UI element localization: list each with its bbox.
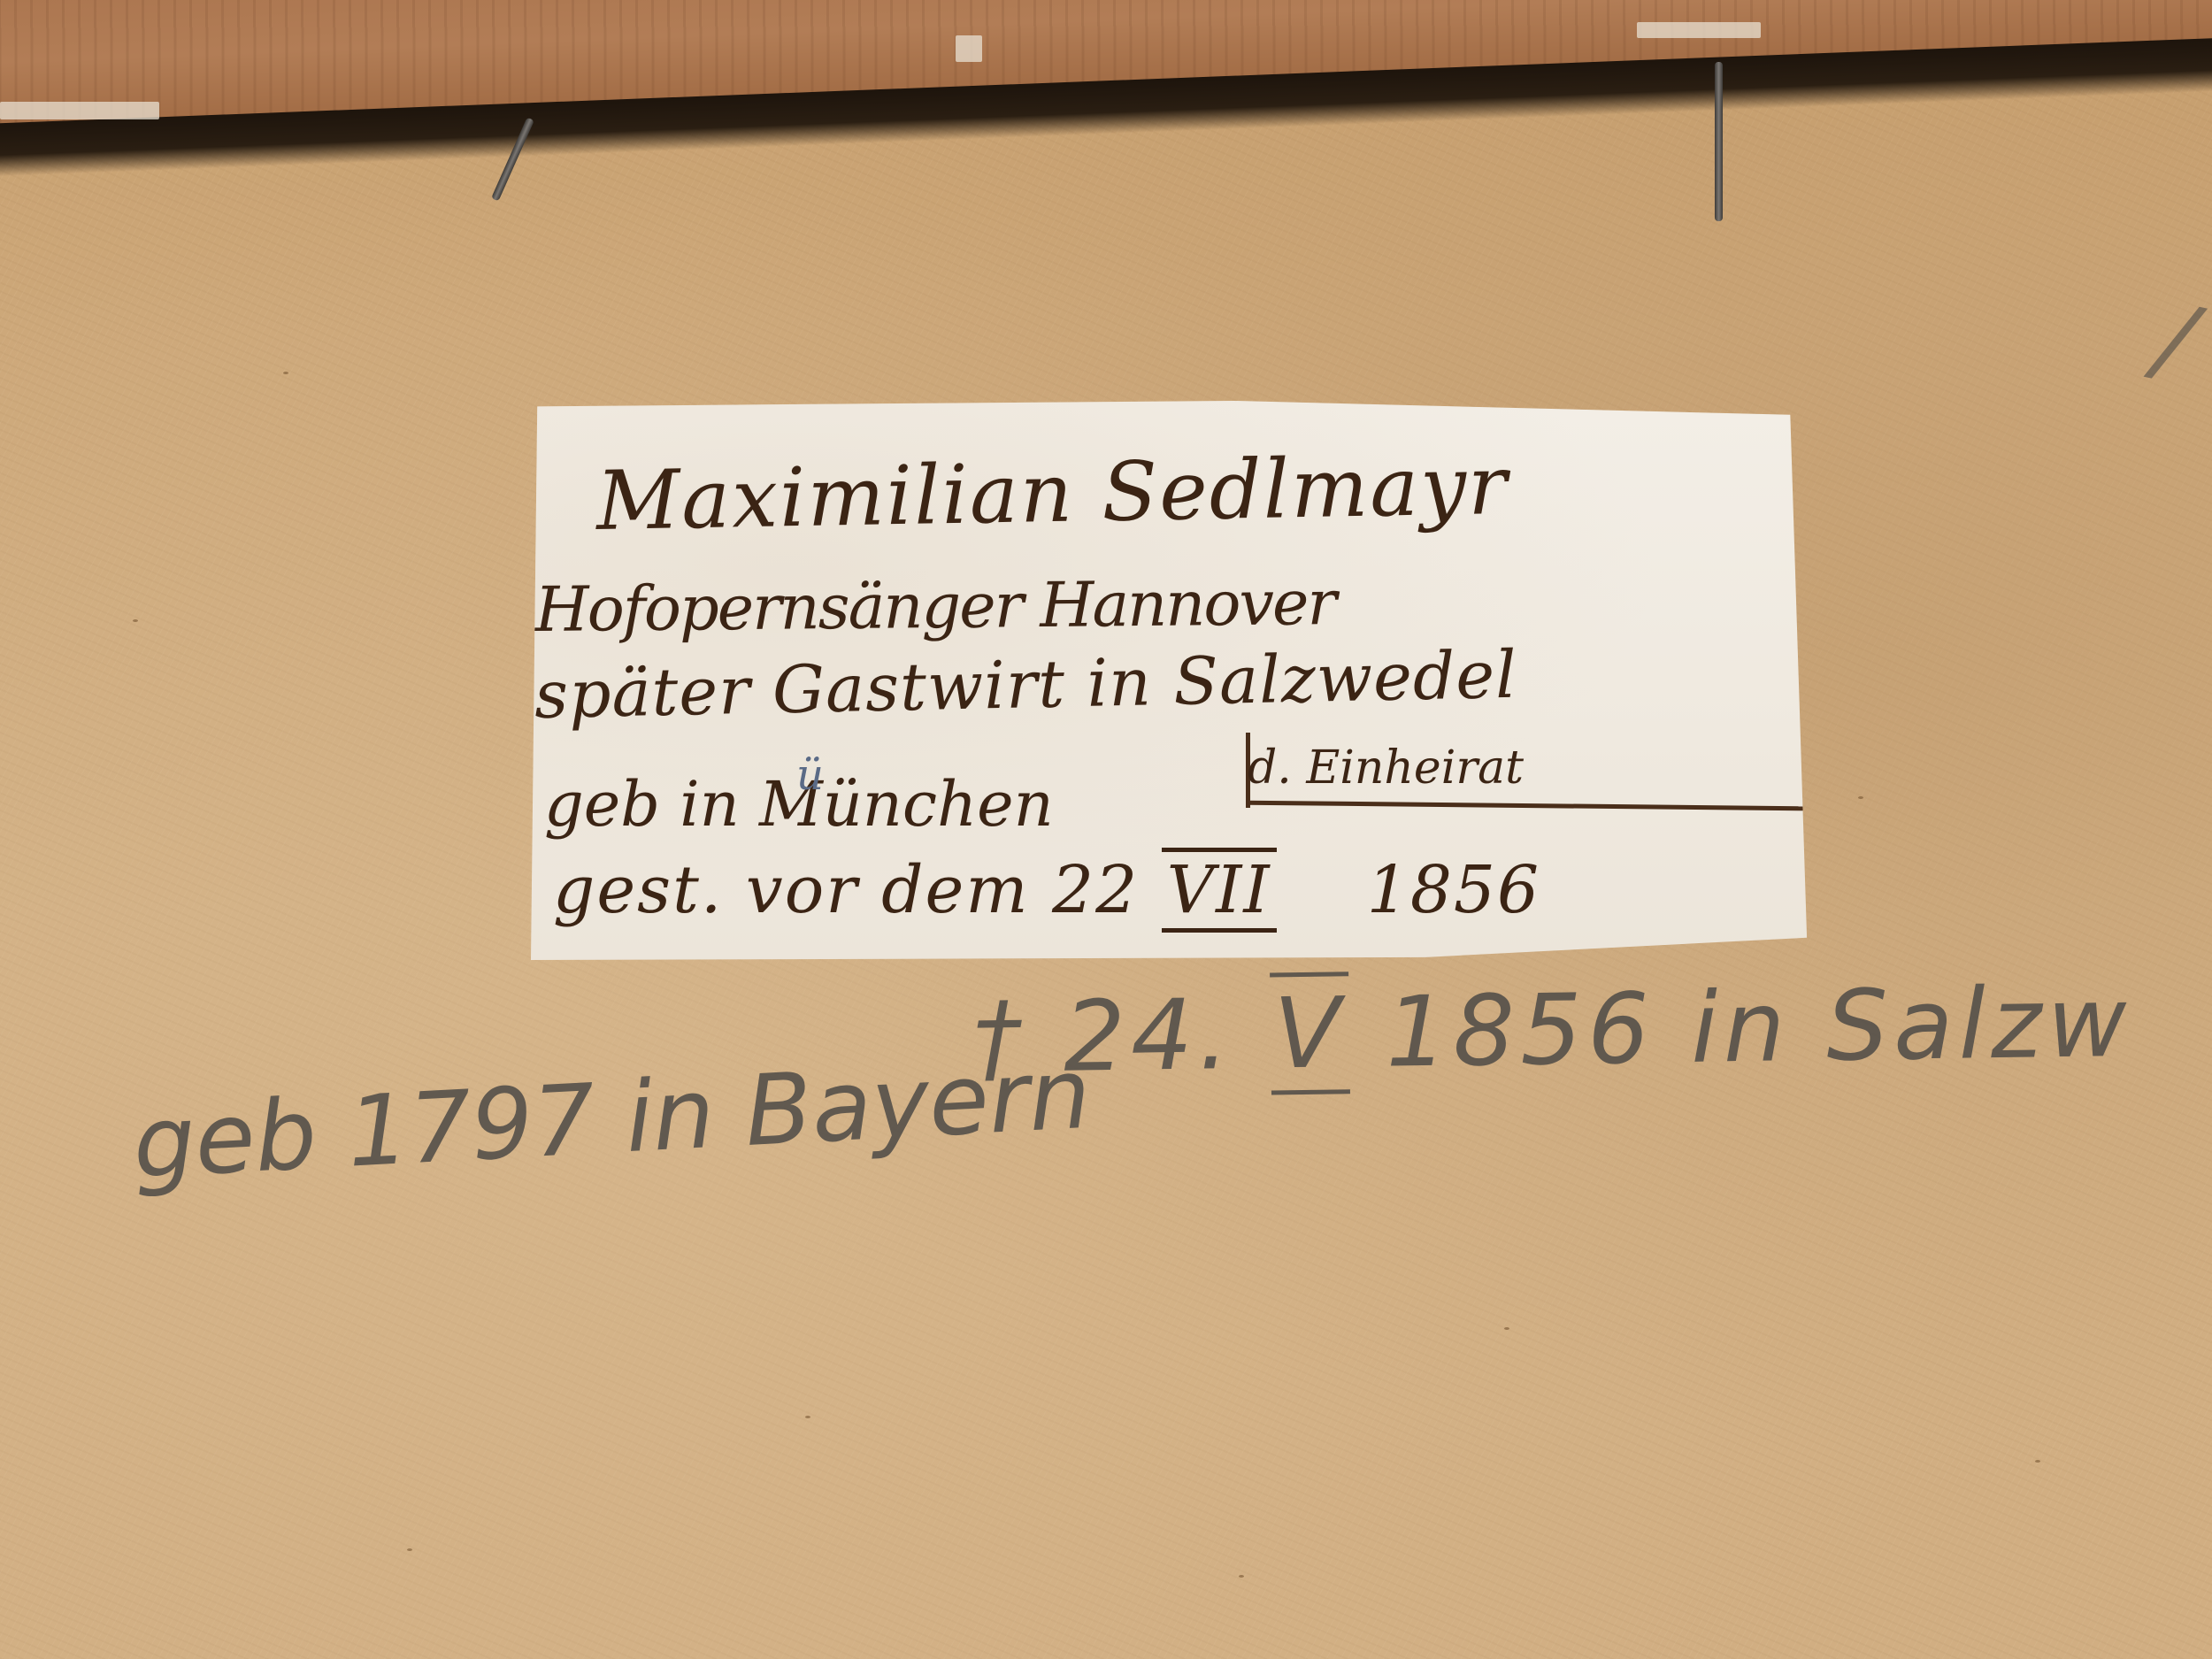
pencil-death-prefix: † 24.: [972, 978, 1235, 1094]
board-speck: [805, 1416, 810, 1418]
label-occupation: Hofopernsänger Hannover: [534, 566, 1335, 646]
board-speck: [133, 619, 138, 622]
frame-back-photo: Maximilian Sedlmayr Hofopernsänger Hanno…: [0, 0, 2212, 1659]
pencil-death-month: V: [1270, 972, 1350, 1094]
board-speck: [283, 372, 288, 374]
board-speck: [407, 1548, 412, 1551]
paint-chip: [1637, 22, 1761, 38]
board-speck: [1858, 796, 1863, 799]
insert-underline: [1248, 801, 1805, 811]
pencil-death-suffix: 1856 in Salzw: [1385, 965, 2132, 1089]
nail-right-icon: [1715, 62, 1723, 221]
label-death-month: VII: [1162, 848, 1277, 933]
board-speck: [2035, 1460, 2040, 1463]
label-later-occupation: später Gastwirt in Salzwedel: [534, 637, 1517, 733]
label-insert-note: d. Einheirat: [1248, 741, 1524, 795]
board-speck: [1504, 1327, 1509, 1330]
label-death-line: gest. vor dem 22 VII 1856: [553, 852, 1540, 928]
paint-chip: [956, 35, 982, 62]
provenance-label: Maximilian Sedlmayr Hofopernsänger Hanno…: [531, 401, 1809, 960]
label-death-year-gap: [1299, 852, 1344, 928]
label-name: Maximilian Sedlmayr: [595, 438, 1509, 549]
pencil-death-note: † 24. V 1856 in Salzw: [972, 965, 2132, 1094]
board-speck: [1239, 1575, 1244, 1578]
label-death-prefix: gest. vor dem 22: [553, 852, 1139, 928]
label-pencil-correction: ü: [796, 750, 824, 800]
label-death-year: 1856: [1367, 852, 1540, 928]
paint-chip: [0, 102, 159, 119]
